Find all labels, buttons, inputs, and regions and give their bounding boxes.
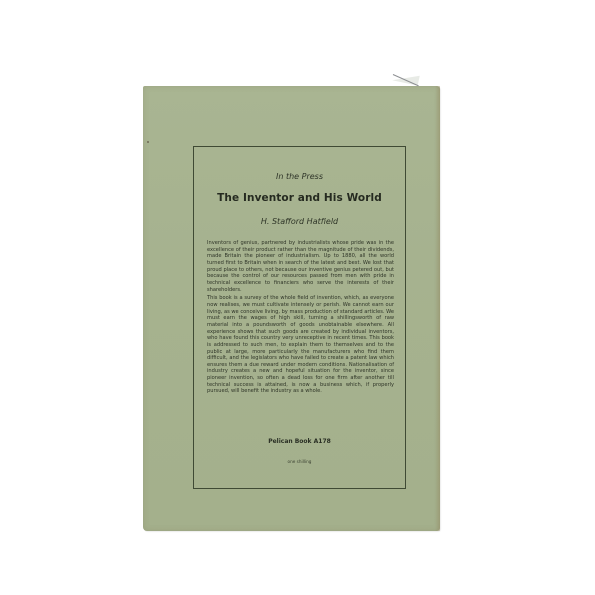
book-author: H. Stafford Hatfield <box>194 217 405 226</box>
series-label: Pelican Book A178 <box>194 438 405 445</box>
blurb-paragraph: This book is a survey of the whole field… <box>207 295 394 395</box>
blurb-body: Inventors of genius, partnered by indust… <box>207 240 394 397</box>
blurb-paragraph: Inventors of genius, partnered by indust… <box>207 240 394 293</box>
price-label: one shilling <box>194 459 405 464</box>
kicker-text: In the Press <box>194 172 405 181</box>
text-frame: In the Press The Inventor and His World … <box>193 146 406 489</box>
cover-blemish <box>147 141 149 143</box>
book-title: The Inventor and His World <box>194 192 405 204</box>
